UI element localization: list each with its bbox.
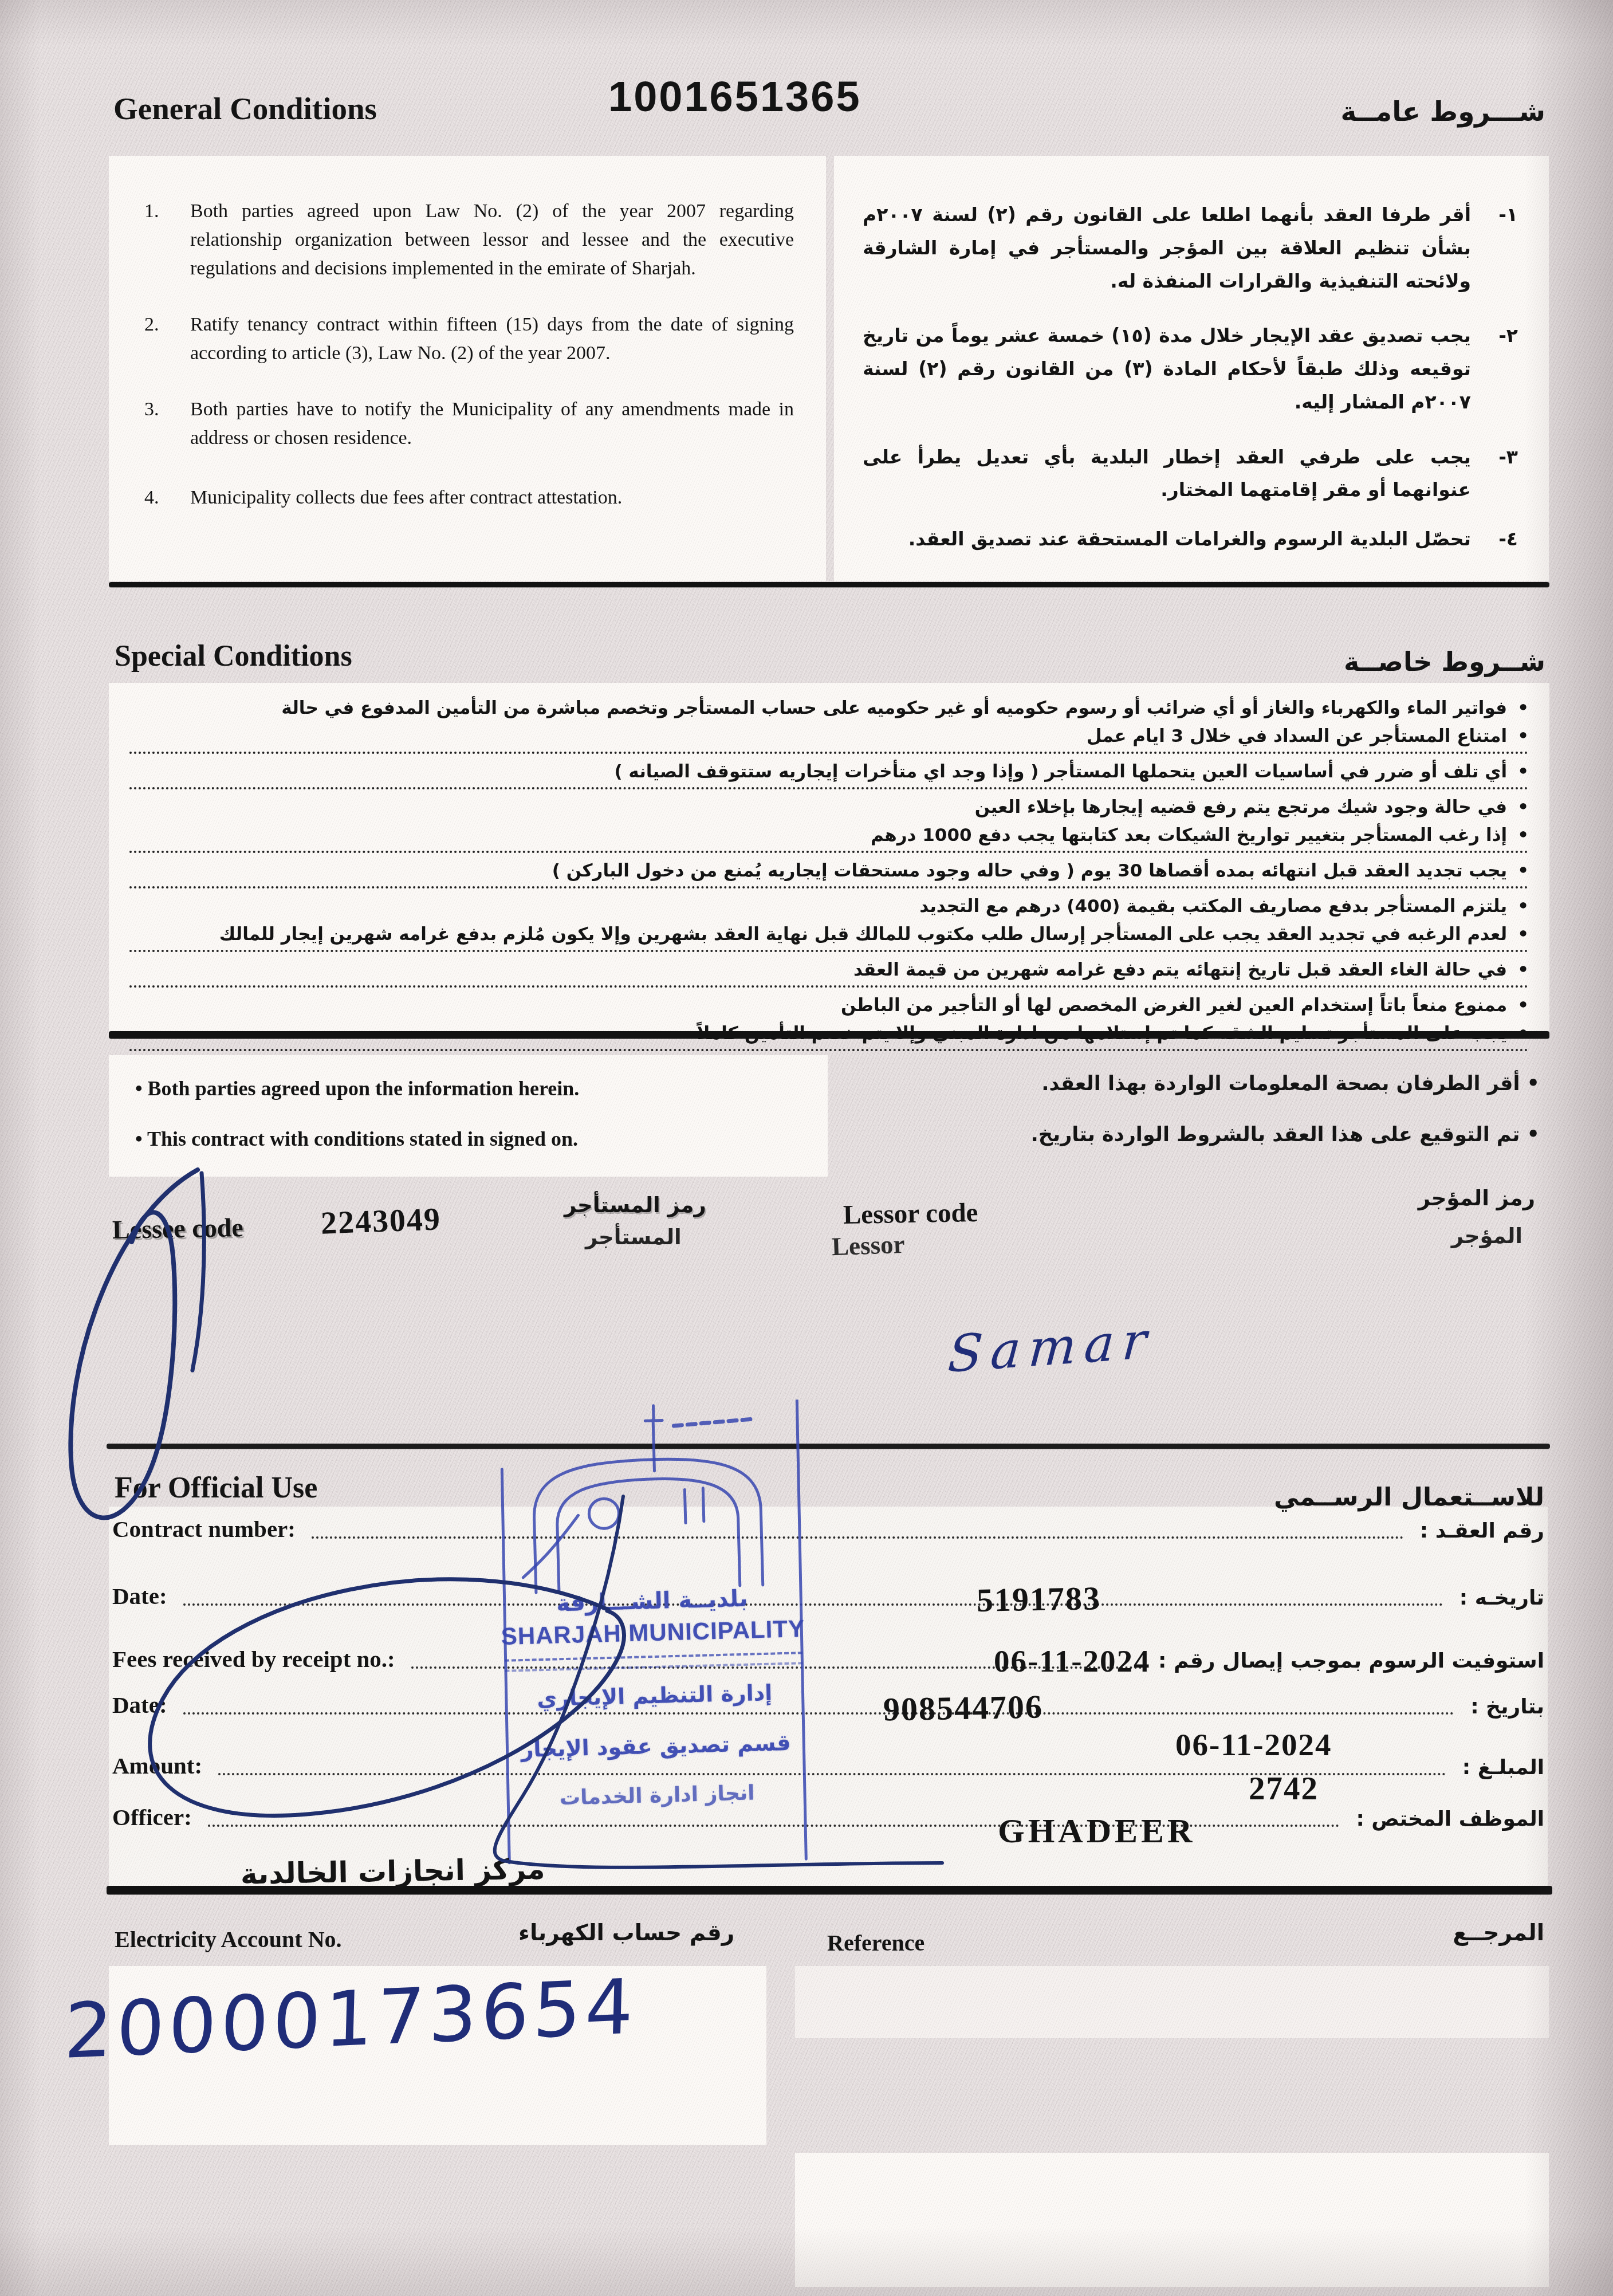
special-condition-line: فواتير الماء والكهرباء والغاز أو أي ضرائ… bbox=[129, 697, 1529, 720]
special-conditions-title-ar: شــروط خاصــة bbox=[1344, 646, 1545, 677]
official-row-receipt-date: Date: بتاريخ : bbox=[112, 1691, 1544, 1719]
reference-field-area bbox=[795, 1966, 1549, 2038]
special-condition-line: في حالة وجود شيك مرتجع يتم رفع قضيه إيجا… bbox=[129, 796, 1529, 819]
row-label-en: Date: bbox=[112, 1691, 167, 1719]
agreement-statements-en: Both parties agreed upon the information… bbox=[135, 1063, 823, 1164]
item-text: يجب تصديق عقد الإيجار خلال مدة (١٥) خمسة… bbox=[863, 319, 1471, 418]
item-number: 2. bbox=[144, 310, 174, 368]
special-condition-line: يجب تجديد العقد قبل انتهائه بمده أقصاها … bbox=[129, 859, 1529, 888]
official-row-officer: Officer: الموظف المختص : bbox=[112, 1803, 1544, 1831]
general-condition-item-ar: ١- أقر طرفا العقد بأنهما اطلعا على القان… bbox=[863, 198, 1518, 297]
agreement-line: تم التوقيع على هذا العقد بالشروط الواردة… bbox=[875, 1110, 1540, 1161]
general-condition-item-ar: ٣- يجب على طرفي العقد إخطار البلدية بأي … bbox=[863, 441, 1518, 507]
special-condition-line: في حالة الغاء العقد قبل تاريخ إنتهائه يت… bbox=[129, 958, 1529, 988]
item-number: 1. bbox=[144, 197, 174, 283]
officer-name-value: GHADEER bbox=[998, 1811, 1195, 1851]
electricity-account-label-en: Electricity Account No. bbox=[115, 1926, 342, 1953]
row-label-en: Amount: bbox=[112, 1752, 202, 1779]
receipt-number-value: 908544706 bbox=[883, 1688, 1043, 1729]
item-text: أقر طرفا العقد بأنهما اطلعا على القانون … bbox=[863, 198, 1471, 297]
item-number: ٣- bbox=[1486, 441, 1518, 507]
lessor-code-label-ar: رمز المؤجر bbox=[1418, 1186, 1535, 1210]
special-conditions-title-en: Special Conditions bbox=[115, 639, 352, 673]
item-text: Both parties have to notify the Municipa… bbox=[190, 395, 794, 453]
row-label-ar: المبلـغ : bbox=[1462, 1756, 1544, 1779]
special-condition-line: امتناع المستأجر عن السداد في خلال 3 ايام… bbox=[129, 725, 1529, 754]
row-label-ar: استوفيت الرسوم بموجب إيصال رقم : bbox=[1158, 1649, 1544, 1673]
row-label-ar: رقم العقـد : bbox=[1420, 1519, 1544, 1543]
service-center-name-ar: مركز انجازات الخالدية bbox=[241, 1852, 545, 1890]
item-number: ٢- bbox=[1486, 319, 1518, 418]
lessee-signature bbox=[192, 1173, 204, 1370]
scanned-tenancy-contract-page: General Conditions 1001651365 شـــروط عا… bbox=[0, 0, 1613, 2296]
lessor-label-ar-ghost: المؤجر bbox=[1451, 1224, 1522, 1248]
row-label-ar: بتاريخ : bbox=[1470, 1695, 1544, 1719]
general-condition-item-ar: ٤- تحصّل البلدية الرسوم والغرامات المستح… bbox=[863, 522, 1518, 556]
item-number: ٤- bbox=[1486, 522, 1518, 556]
general-condition-item: 2. Ratify tenancy contract within fiftee… bbox=[144, 310, 794, 368]
special-condition-line: أي تلف أو ضرر في أساسيات العين يتحملها ا… bbox=[129, 760, 1529, 789]
general-condition-item: 3. Both parties have to notify the Munic… bbox=[144, 395, 794, 453]
section-divider bbox=[109, 582, 1549, 587]
general-conditions-title-en: General Conditions bbox=[113, 91, 377, 127]
row-label-en: Fees received by receipt no.: bbox=[112, 1645, 395, 1673]
reference-label-en: Reference bbox=[827, 1929, 924, 1956]
lessee-label-ar-ghost: المستأجر bbox=[585, 1225, 682, 1249]
special-condition-line: يلتزم المستأجر بدفع مصاريف المكتب بقيمة … bbox=[129, 895, 1529, 918]
special-conditions-box: فواتير الماء والكهرباء والغاز أو أي ضرائ… bbox=[109, 683, 1549, 1031]
agreement-statements-ar: أقر الطرفان بصحة المعلومات الواردة بهذا … bbox=[875, 1059, 1540, 1161]
item-text: تحصّل البلدية الرسوم والغرامات المستحقة … bbox=[908, 522, 1471, 556]
general-conditions-box-en: 1. Both parties agreed upon Law No. (2) … bbox=[109, 156, 826, 581]
receipt-date-value: 06-11-2024 bbox=[1175, 1727, 1332, 1763]
dotted-fill-line bbox=[183, 1602, 1443, 1606]
agreement-line: This contract with conditions stated in … bbox=[135, 1114, 823, 1164]
general-conditions-box-ar: ١- أقر طرفا العقد بأنهما اطلعا على القان… bbox=[834, 156, 1549, 581]
official-row-date: Date: تاريخـه : bbox=[112, 1582, 1544, 1610]
lessor-signature-handwriting: Samar bbox=[946, 1310, 1156, 1384]
lessor-label-ghost: Lessor bbox=[831, 1229, 905, 1261]
official-row-receipt-number: Fees received by receipt no.: استوفيت ال… bbox=[112, 1645, 1544, 1673]
special-condition-line: لعدم الرغبه في تجديد العقد يجب على المست… bbox=[129, 923, 1529, 952]
general-condition-item: 1. Both parties agreed upon Law No. (2) … bbox=[144, 197, 794, 283]
general-conditions-title-ar: شـــروط عامــة bbox=[1340, 96, 1545, 128]
item-text: Ratify tenancy contract within fifteen (… bbox=[190, 310, 794, 368]
lessor-code-label: Lessor code bbox=[843, 1197, 978, 1230]
amount-value: 2742 bbox=[1249, 1770, 1319, 1807]
general-condition-item: 4. Municipality collects due fees after … bbox=[144, 483, 794, 512]
row-label-en: Contract number: bbox=[112, 1515, 296, 1543]
dotted-fill-line bbox=[312, 1535, 1404, 1539]
contract-serial-number: 1001651365 bbox=[608, 72, 861, 121]
item-text: Both parties agreed upon Law No. (2) of … bbox=[190, 197, 794, 283]
row-label-ar: الموظف المختص : bbox=[1356, 1807, 1544, 1831]
row-label-en: Date: bbox=[112, 1582, 167, 1610]
electricity-account-label-ar: رقم حساب الكهرباء bbox=[518, 1920, 734, 1946]
general-condition-item-ar: ٢- يجب تصديق عقد الإيجار خلال مدة (١٥) خ… bbox=[863, 319, 1518, 418]
agreement-line: أقر الطرفان بصحة المعلومات الواردة بهذا … bbox=[875, 1059, 1540, 1110]
dotted-fill-line bbox=[183, 1711, 1455, 1715]
reference-label-ar: المرجــع bbox=[1453, 1920, 1544, 1946]
item-number: 3. bbox=[144, 395, 174, 453]
section-divider bbox=[109, 1031, 1549, 1039]
item-text: يجب على طرفي العقد إخطار البلدية بأي تعد… bbox=[863, 441, 1471, 507]
row-label-ar: تاريخـه : bbox=[1459, 1586, 1544, 1610]
special-condition-line: ممنوع منعاً باتاً إستخدام العين لغير الغ… bbox=[129, 994, 1529, 1017]
row-label-en: Officer: bbox=[112, 1803, 192, 1831]
item-number: 4. bbox=[144, 483, 174, 512]
lessee-code-value: 2243049 bbox=[320, 1201, 442, 1241]
bottom-blank-area bbox=[795, 2153, 1549, 2287]
item-text: Municipality collects due fees after con… bbox=[190, 483, 622, 512]
official-use-title-ar: للاســتعمال الرســمي bbox=[1274, 1483, 1544, 1512]
official-use-title-en: For Official Use bbox=[115, 1471, 317, 1505]
official-row-contract-number: Contract number: رقم العقـد : bbox=[112, 1515, 1544, 1543]
item-number: ١- bbox=[1486, 198, 1518, 297]
lessee-code-label-ar: رمز المستأجر bbox=[564, 1193, 706, 1217]
contract-date-value: 06-11-2024 bbox=[994, 1643, 1151, 1679]
agreement-line: Both parties agreed upon the information… bbox=[135, 1063, 823, 1114]
lessee-code-label: Lessee code bbox=[112, 1212, 244, 1245]
contract-number-value: 5191783 bbox=[976, 1579, 1101, 1619]
special-condition-line: إذا رغب المستأجر بتغيير تواريخ الشيكات ب… bbox=[129, 824, 1529, 853]
section-divider bbox=[107, 1444, 1550, 1449]
